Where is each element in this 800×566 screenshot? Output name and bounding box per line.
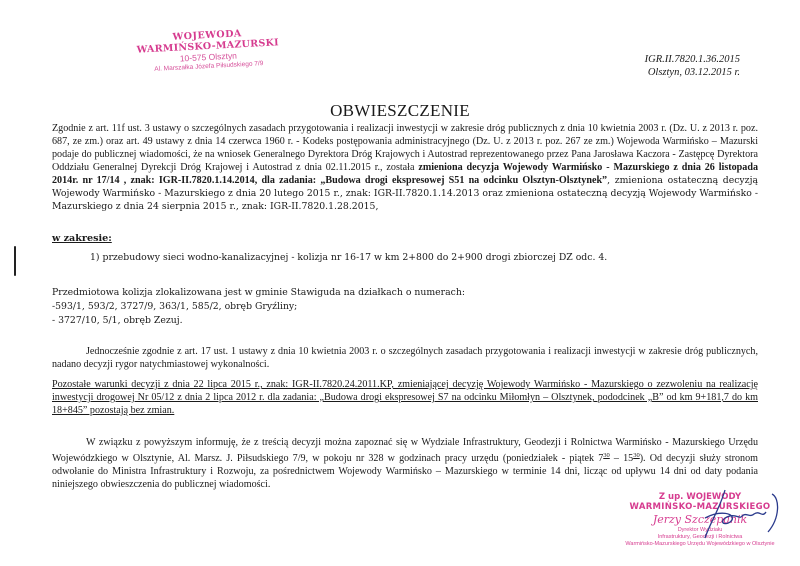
location-line: -593/1, 593/2, 3727/9, 363/1, 585/2, obr…: [52, 300, 465, 314]
paragraph-main: Zgodnie z art. 11f ust. 3 ustawy o szcze…: [52, 122, 758, 213]
paragraph-remaining-conditions: Pozostałe warunki decyzji z dnia 22 lipc…: [52, 378, 758, 417]
reference-number: IGR.II.7820.1.36.2015: [645, 53, 740, 66]
info-part2: – 15: [610, 453, 633, 464]
handwritten-signature-icon: [680, 488, 790, 548]
paragraph-information: W związku z powyższym informuję, że z tr…: [52, 436, 758, 491]
paragraph-remaining-text: Pozostałe warunki decyzji z dnia 22 lipc…: [52, 379, 758, 416]
place-date: Olsztyn, 03.12.2015 r.: [645, 66, 740, 79]
document-title: OBWIESZCZENIE: [0, 101, 800, 121]
location-block: Przedmiotowa kolizja zlokalizowana jest …: [52, 286, 465, 328]
location-line: - 3727/10, 5/1, obręb Zezuj.: [52, 314, 465, 328]
document-reference: IGR.II.7820.1.36.2015 Olsztyn, 03.12.201…: [645, 53, 740, 79]
scope-item: 1) przebudowy sieci wodno-kanalizacyjnej…: [90, 252, 607, 263]
paragraph-enforceability: Jednocześnie zgodnie z art. 17 ust. 1 us…: [52, 345, 758, 371]
margin-mark: [14, 246, 16, 276]
scope-heading: w zakresie:: [52, 233, 112, 244]
voivode-address-stamp: WOJEWODA WARMIŃSKO-MAZURSKI 10-575 Olszt…: [127, 26, 289, 75]
location-intro: Przedmiotowa kolizja zlokalizowana jest …: [52, 286, 465, 300]
